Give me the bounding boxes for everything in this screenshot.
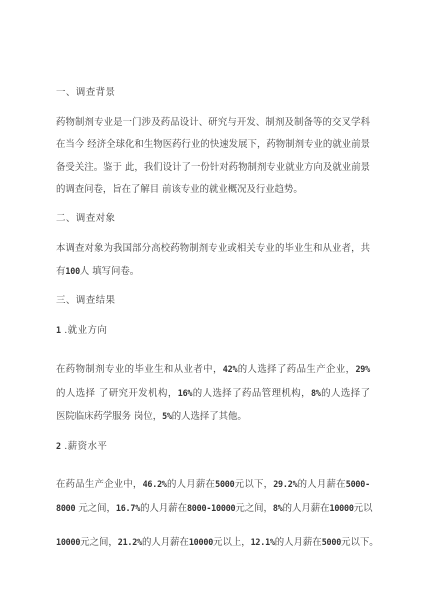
paragraph-survey-subjects: 本调查对象为我国部分高校药物制剂专业或相关专业的毕业生和从业者，共 有100人 … xyxy=(56,238,370,284)
statistic-value: 21.2% xyxy=(118,537,142,547)
text-line: 在药物制剂专业的毕业生和从业者中，42%的人选择了药品生产企业，29% xyxy=(56,358,370,382)
statistic-value: 46.2% xyxy=(143,479,167,489)
text-run: 本调查对象为我国部分高校药物制剂专业或相关专业的毕业生和从业者，共 xyxy=(56,243,370,254)
text-run: 的人选择了 xyxy=(321,388,370,399)
text-line: 8000 元之间，16.7%的人月薪在8000-10000元之间，8%的人月薪在… xyxy=(56,497,370,521)
text-run: .就业方向 xyxy=(61,325,107,336)
text-run: 的人选择了药品生产企业， xyxy=(237,364,355,375)
text-line: 的调查问卷，旨在了解目 前该专业的就业概况及行业趋势。 xyxy=(56,179,370,202)
statistic-value: 8000 xyxy=(56,503,75,513)
statistic-value: 16% xyxy=(178,388,193,398)
text-run: 的人月薪在 xyxy=(297,479,345,490)
text-run: 备受关注。鉴于 此，我们设计了一份针对药物制剂专业就业方向及就业前景 xyxy=(56,162,370,173)
text-run: 的人选择了其他。 xyxy=(172,411,247,422)
statistic-value: 29% xyxy=(355,364,370,374)
statistic-value: 8000-10000 xyxy=(187,503,235,513)
text-line: 10000元之间，21.2%的人月薪在10000元以上，12.1%的人月薪在50… xyxy=(56,531,370,555)
text-line: 本调查对象为我国部分高校药物制剂专业或相关专业的毕业生和从业者，共 xyxy=(56,238,370,261)
heading-employment-direction: 1 .就业方向 xyxy=(56,319,370,343)
heading-survey-results: 三、调查结果 xyxy=(56,290,370,313)
paragraph-salary-continued: 10000元之间，21.2%的人月薪在10000元以上，12.1%的人月薪在50… xyxy=(56,531,370,555)
text-run: 药物制剂专业是一门涉及药品设计、研究与开发、制剂及制备等的交叉学科 xyxy=(56,117,370,128)
text-run: 元之间， xyxy=(75,503,115,514)
statistic-value: 42% xyxy=(223,364,238,374)
paragraph-survey-background: 药物制剂专业是一门涉及药品设计、研究与开发、制剂及制备等的交叉学科 在当今 经济… xyxy=(56,112,370,202)
text-line: 有100人 填写问卷。 xyxy=(56,260,370,284)
text-run: 在药物制剂专业的毕业生和从业者中， xyxy=(56,364,223,375)
text-line: 的人选择 了研究开发机构，16%的人选择了药品管理机构，8%的人选择了 xyxy=(56,382,370,406)
text-line: 医院临床药学服务 岗位，5%的人选择了其他。 xyxy=(56,405,370,429)
statistic-value: 5000- xyxy=(346,479,370,489)
text-line: 在药品生产企业中，46.2%的人月薪在5000元以下，29.2%的人月薪在500… xyxy=(56,473,370,497)
text-line: 在当今 经济全球化和生物医药行业的快速发展下，药物制剂专业的就业前景 xyxy=(56,134,370,157)
document-page: 一、调查背景 药物制剂专业是一门涉及药品设计、研究与开发、制剂及制备等的交叉学科… xyxy=(0,0,424,600)
text-run: 的人选择 了研究开发机构， xyxy=(56,388,178,399)
text-run: 的人选择了药品管理机构， xyxy=(192,388,311,399)
text-run: 在药品生产企业中， xyxy=(56,479,143,490)
text-line: 药物制剂专业是一门涉及药品设计、研究与开发、制剂及制备等的交叉学科 xyxy=(56,112,370,135)
statistic-value: 8% xyxy=(311,388,321,398)
text-run: 医院临床药学服务 岗位， xyxy=(56,411,162,422)
statistic-value: 10000 xyxy=(56,537,80,547)
text-run: .薪资水平 xyxy=(61,441,107,452)
text-run: 的人月薪在 xyxy=(167,479,215,490)
statistic-value: 10000 xyxy=(189,537,213,547)
paragraph-salary-level: 在药品生产企业中，46.2%的人月薪在5000元以下，29.2%的人月薪在500… xyxy=(56,473,370,520)
text-run: 在当今 经济全球化和生物医药行业的快速发展下，药物制剂专业的就业前景 xyxy=(56,139,370,150)
text-run: 元以 xyxy=(354,503,373,514)
text-run: 元之间， xyxy=(235,503,273,514)
statistic-value: 5000 xyxy=(215,479,234,489)
text-run: 的人月薪在 xyxy=(142,537,189,548)
heading-survey-subjects: 二、调查对象 xyxy=(56,208,370,231)
text-line: 备受关注。鉴于 此，我们设计了一份针对药物制剂专业就业方向及就业前景 xyxy=(56,157,370,180)
text-run: 元以下， xyxy=(234,479,273,490)
text-run: 元之间， xyxy=(80,537,118,548)
text-run: 的人月薪在 xyxy=(283,503,330,514)
statistic-value: 100 xyxy=(65,266,80,276)
statistic-value: 12.1% xyxy=(251,537,275,547)
text-run: 的人月薪在 xyxy=(275,537,322,548)
statistic-value: 16.7% xyxy=(116,503,140,513)
statistic-value: 8% xyxy=(273,503,283,513)
statistic-value: 10000 xyxy=(329,503,353,513)
text-run: 的人月薪在 xyxy=(140,503,187,514)
text-run: 的调查问卷，旨在了解目 前该专业的就业概况及行业趋势。 xyxy=(56,184,303,195)
heading-salary-level: 2 .薪资水平 xyxy=(56,435,370,459)
statistic-value: 5% xyxy=(162,411,172,421)
heading-survey-background: 一、调查背景 xyxy=(56,82,370,105)
text-run: 有 xyxy=(56,266,65,277)
statistic-value: 5000 xyxy=(322,537,341,547)
text-run: 人 填写问卷。 xyxy=(80,266,139,277)
text-run: 元以下。 xyxy=(341,537,379,548)
paragraph-employment-direction: 在药物制剂专业的毕业生和从业者中，42%的人选择了药品生产企业，29% 的人选择… xyxy=(56,358,370,429)
statistic-value: 29.2% xyxy=(273,479,297,489)
text-run: 元以上， xyxy=(213,537,251,548)
